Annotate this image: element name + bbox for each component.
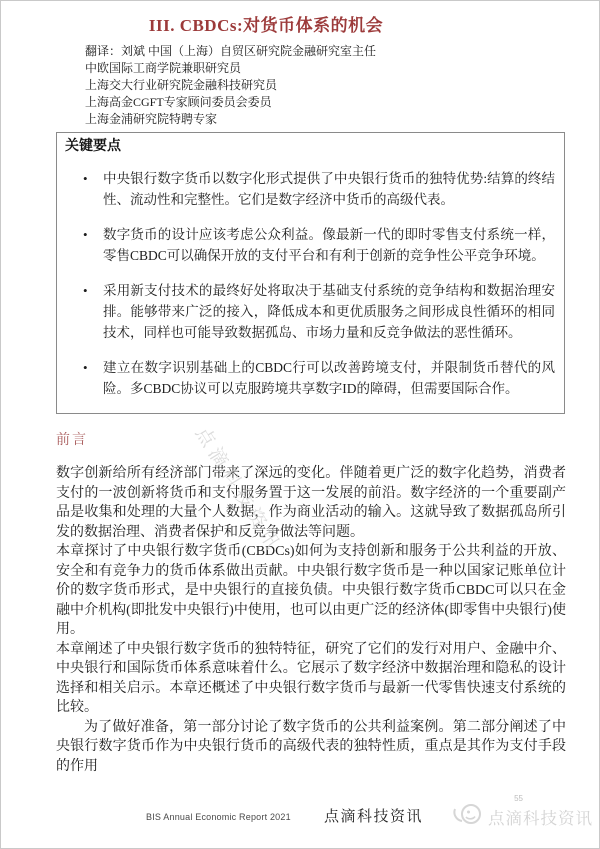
corner-watermark-text: 点滴科技资讯 <box>488 805 593 829</box>
preface-heading: 前言 <box>56 429 599 449</box>
translator-line: 翻译：刘斌 中国（上海）自贸区研究院金融研究室主任 <box>85 43 599 60</box>
corner-watermark: 点滴科技资讯 <box>452 801 593 832</box>
key-points-box: 关键要点 中央银行数字货币以数字化形式提供了中央银行货币的独特优势:结算的终结性… <box>56 132 565 414</box>
key-points-heading: 关键要点 <box>65 137 555 157</box>
key-points-list: 中央银行数字货币以数字化形式提供了中央银行货币的独特优势:结算的终结性、流动性和… <box>65 168 555 399</box>
paragraph: 本章阐述了中央银行数字货币的独特特征，研究了它们的发行对用户、金融中介、中央银行… <box>56 640 566 718</box>
translator-line: 上海金浦研究院特聘专家 <box>85 111 599 128</box>
droplet-logo-icon <box>452 801 484 832</box>
preface-body: 数字创新给所有经济部门带来了深远的变化。伴随着更广泛的数字化趋势，消费者支付的一… <box>56 464 566 776</box>
translator-block: 翻译：刘斌 中国（上海）自贸区研究院金融研究室主任 中欧国际工商学院兼职研究员 … <box>85 43 599 128</box>
translator-line: 上海交大行业研究院金融科技研究员 <box>85 77 599 94</box>
key-point-item: 中央银行数字货币以数字化形式提供了中央银行货币的独特优势:结算的终结性、流动性和… <box>65 168 555 210</box>
page-title: III. CBDCs:对货币体系的机会 <box>56 11 476 36</box>
footer-brand: 点滴科技资讯 <box>324 805 423 826</box>
key-point-item: 建立在数字识别基础上的CBDC行可以改善跨境支付，并限制货币替代的风险。多CBD… <box>65 357 555 399</box>
paragraph: 本章探讨了中央银行数字货币(CBDCs)如何为支持创新和服务于公共利益的开放、安… <box>56 542 566 640</box>
key-point-item: 数字货币的设计应该考虑公众利益。像最新一代的即时零售支付系统一样，零售CBDC可… <box>65 224 555 266</box>
paragraph: 数字创新给所有经济部门带来了深远的变化。伴随着更广泛的数字化趋势，消费者支付的一… <box>56 464 566 542</box>
translator-line: 中欧国际工商学院兼职研究员 <box>85 60 599 77</box>
key-point-item: 采用新支付技术的最终好处将取决于基础支付系统的竞争结构和数据治理安排。能够带来广… <box>65 280 555 343</box>
footer-report-name: BIS Annual Economic Report 2021 <box>146 812 291 822</box>
paragraph: 为了做好准备，第一部分讨论了数字货币的公共利益案例。第二部分阐述了中央银行数字货… <box>56 718 566 777</box>
document-page: III. CBDCs:对货币体系的机会 翻译：刘斌 中国（上海）自贸区研究院金融… <box>0 0 600 849</box>
translator-line: 上海高金CGFT专家顾问委员会委员 <box>85 94 599 111</box>
